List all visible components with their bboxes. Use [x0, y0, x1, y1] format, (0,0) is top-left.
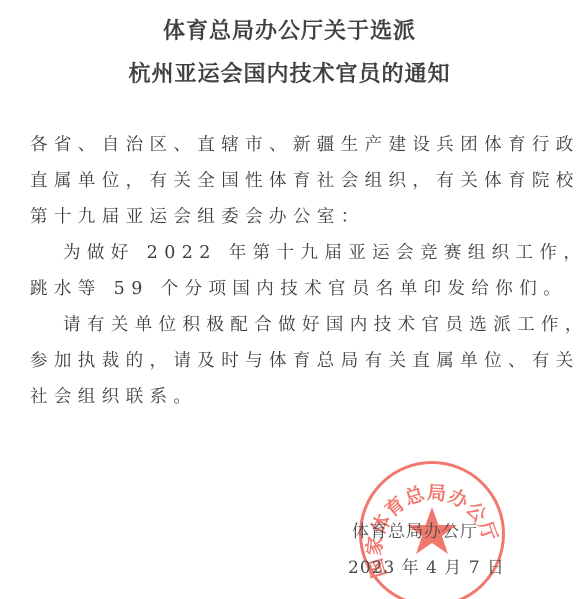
signature-organization: 体育总局办公厅 — [352, 517, 478, 542]
body-line-3: 第十九届亚运会组委会办公室： — [30, 206, 560, 228]
document-title-line-2: 杭州亚运会国内技术官员的通知 — [0, 57, 579, 88]
signature-date: 2023 年 4 月 7 日 — [348, 553, 505, 578]
body-line-2: 直属单位，有关全国性体育社会组织，有关体育院校，2022 年 — [30, 170, 560, 192]
body-line-1: 各省、自治区、直辖市、新疆生产建设兵团体育行政部门，有关 — [30, 134, 560, 156]
body-line-4: 为做好 2022 年第十九届亚运会竞赛组织工作，现将游泳、 — [63, 242, 579, 264]
document-title-line-1: 体育总局办公厅关于选派 — [0, 14, 579, 45]
body-line-8: 社会组织联系。 — [30, 386, 560, 408]
body-line-7: 参加执裁的，请及时与体育总局有关直属单位、有关全国性体育 — [30, 350, 560, 372]
body-line-5: 跳水等 59 个分项国内技术官员名单印发给你们。 — [30, 278, 560, 300]
body-line-6: 请有关单位积极配合做好国内技术官员选派工作，因故不能 — [63, 314, 579, 336]
